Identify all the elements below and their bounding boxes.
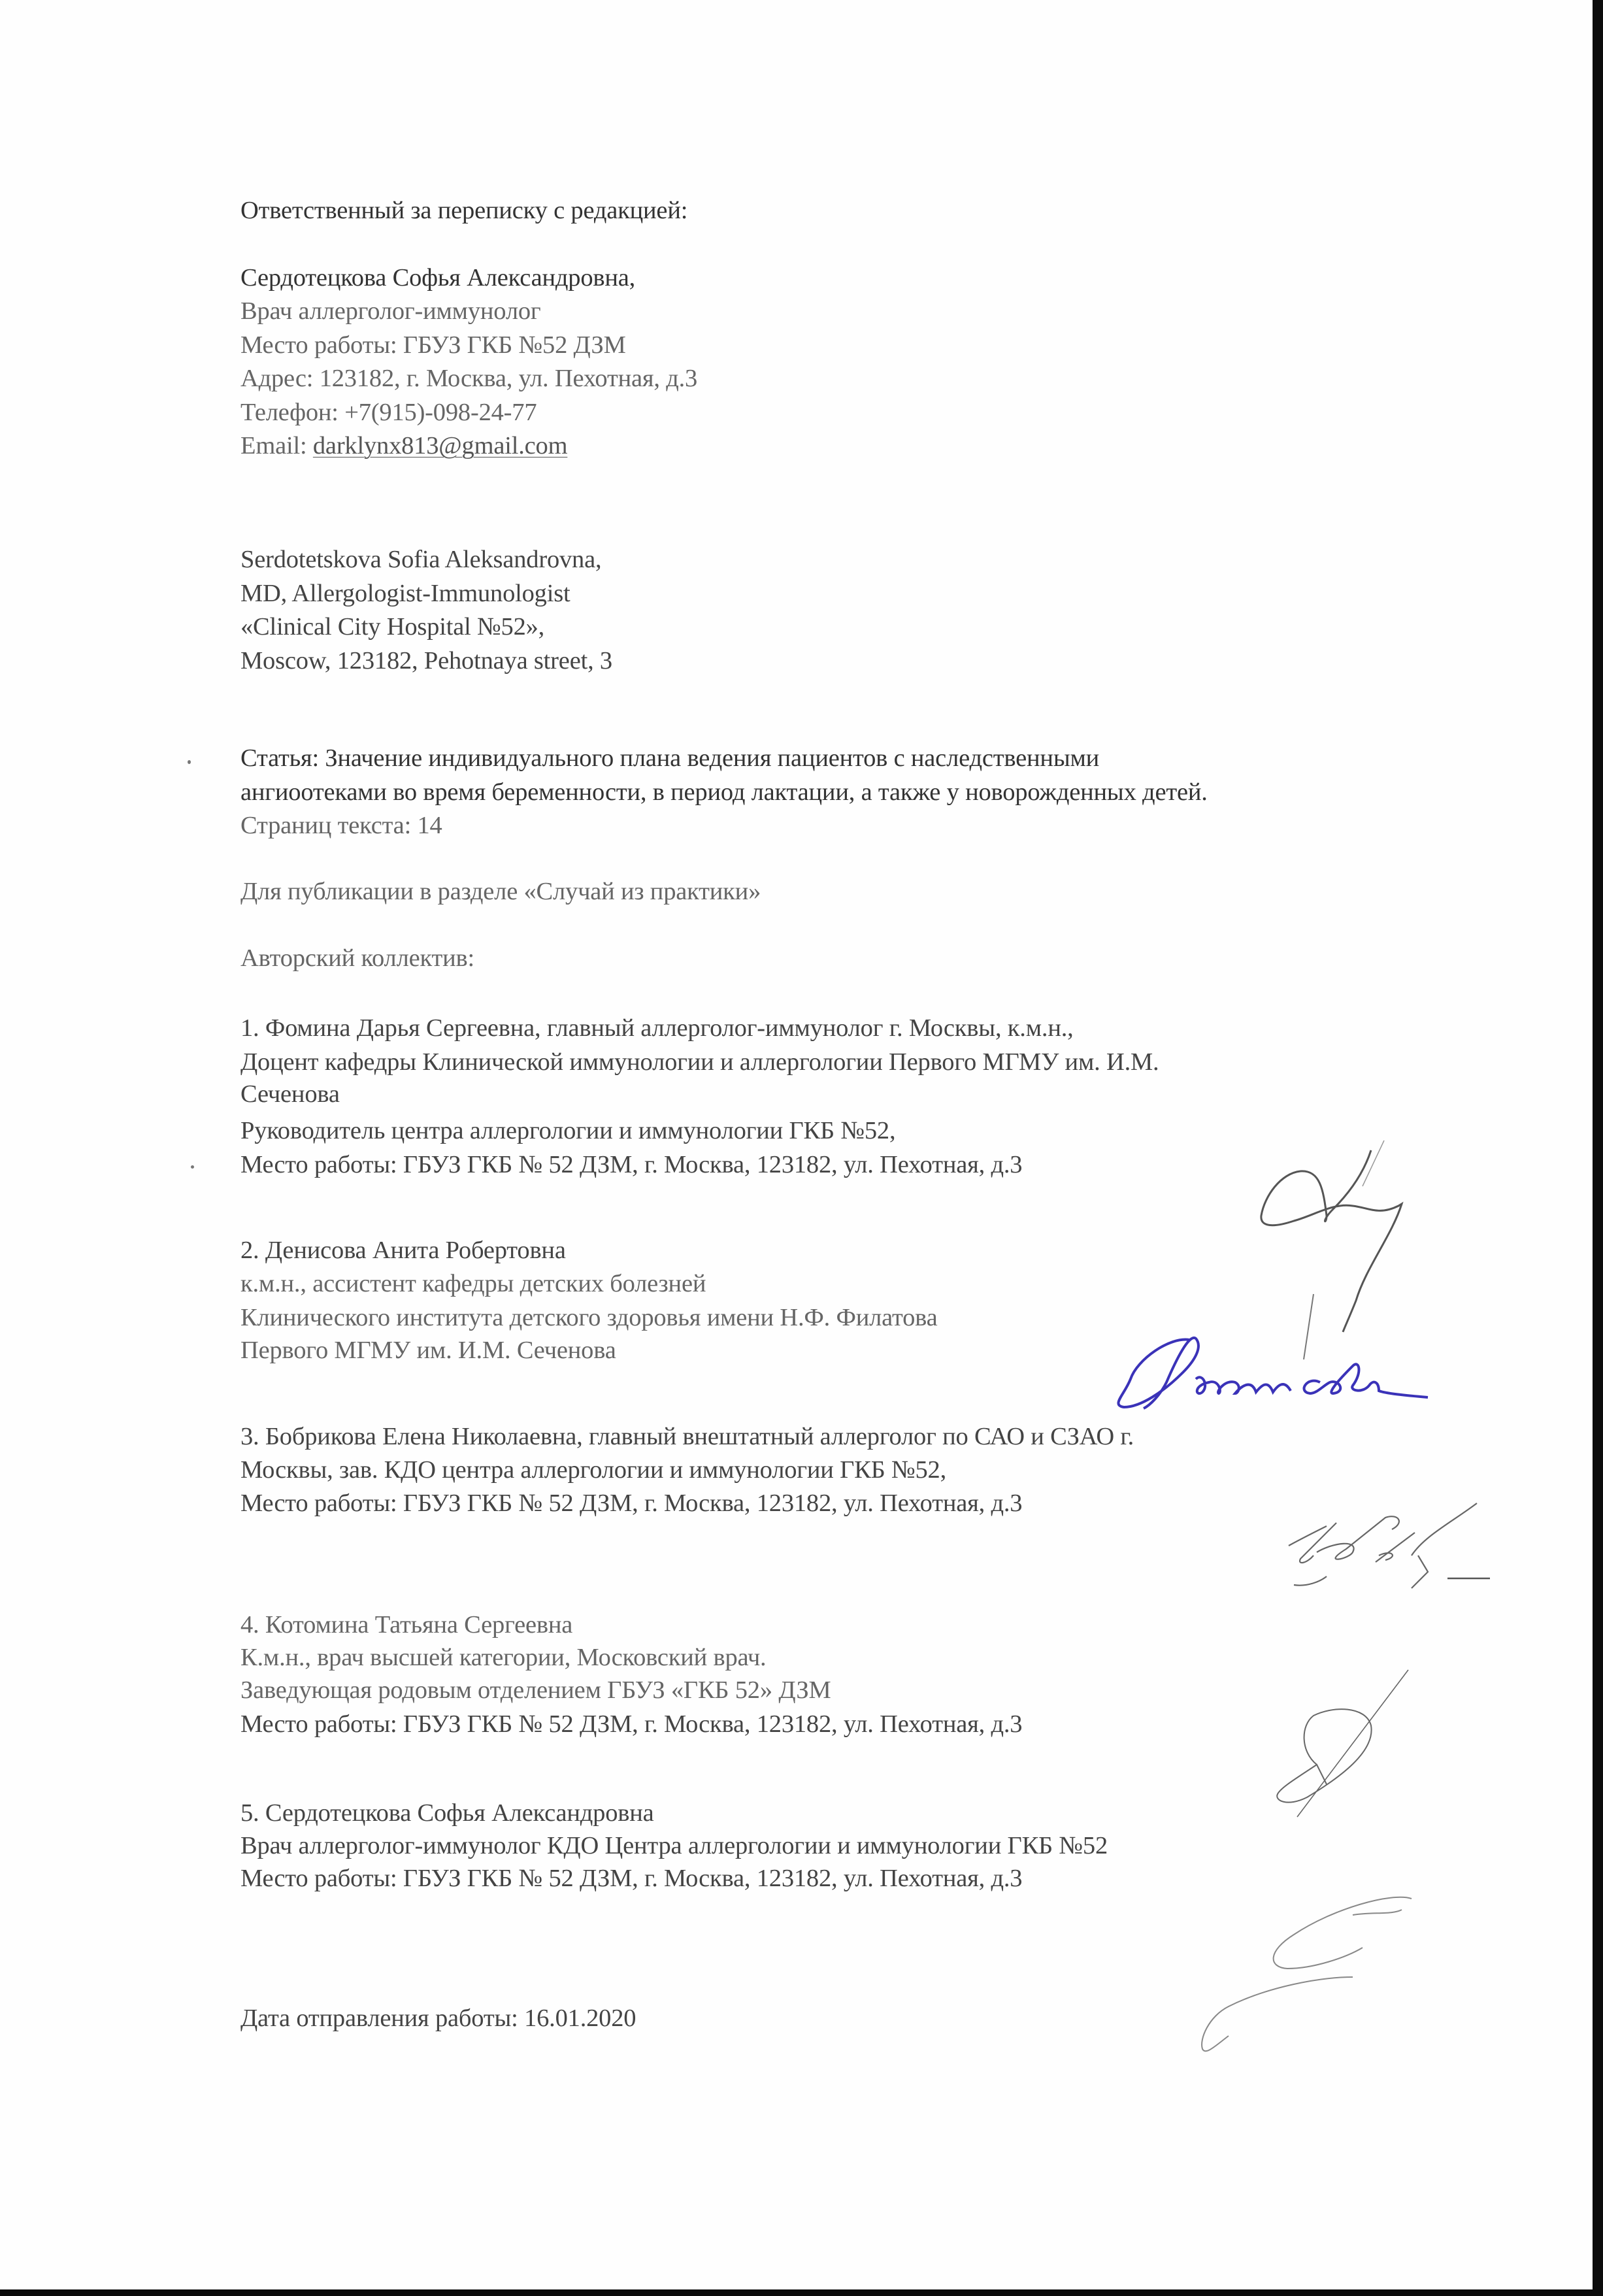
author-1-line-1: 1. Фомина Дарья Сергеевна, главный аллер… — [240, 1014, 1074, 1042]
author-4-line-3: Заведующая родовым отделением ГБУЗ «ГКБ … — [240, 1676, 831, 1705]
article-title-line-1: Статья: Значение индивидуального плана в… — [240, 744, 1099, 773]
author-3-line-3: Место работы: ГБУЗ ГКБ № 52 ДЗМ, г. Моск… — [240, 1489, 1022, 1518]
contact-workplace-ru: Место работы: ГБУЗ ГКБ №52 ДЗМ — [240, 331, 626, 359]
contact-position-ru: Врач аллерголог-иммунолог — [240, 297, 540, 325]
contact-address-ru: Адрес: 123182, г. Москва, ул. Пехотная, … — [240, 364, 697, 393]
author-3-line-1: 3. Бобрикова Елена Николаевна, главный в… — [240, 1422, 1134, 1451]
signature-fomina-icon — [1229, 1124, 1503, 1340]
author-1-line-4: Руководитель центра аллергологии и иммун… — [240, 1116, 895, 1145]
submission-date: Дата отправления работы: 16.01.2020 — [240, 2004, 636, 2033]
signature-bobrikova-icon — [1255, 1477, 1490, 1608]
author-2-line-1: 2. Денисова Анита Робертовна — [240, 1236, 566, 1265]
article-section: Для публикации в разделе «Случай из прак… — [240, 877, 761, 906]
scan-speck — [188, 760, 191, 764]
contact-address-en: Moscow, 123182, Pehotnaya street, 3 — [240, 646, 612, 675]
signature-denisova-icon — [1104, 1320, 1470, 1425]
author-1-line-2: Доцент кафедры Клинической иммунологии и… — [240, 1048, 1159, 1076]
scan-border-bottom — [0, 2289, 1603, 2296]
author-2-line-2: к.м.н., ассистент кафедры детских болезн… — [240, 1269, 706, 1298]
email-label: Email: — [240, 432, 313, 459]
contact-email-row: Email: darklynx813@gmail.com — [240, 431, 567, 460]
contact-position-en: MD, Allergologist-Immunologist — [240, 579, 570, 608]
author-4-line-4: Место работы: ГБУЗ ГКБ № 52 ДЗМ, г. Моск… — [240, 1710, 1022, 1739]
author-5-line-1: 5. Сердотецкова Софья Александровна — [240, 1799, 654, 1827]
author-1-line-5: Место работы: ГБУЗ ГКБ № 52 ДЗМ, г. Моск… — [240, 1150, 1022, 1179]
author-2-line-3: Клинического института детского здоровья… — [240, 1303, 938, 1332]
article-title-line-2: ангиоотеками во время беременности, в пе… — [240, 778, 1208, 807]
correspondence-heading: Ответственный за переписку с редакцией: — [240, 196, 687, 225]
author-5-line-3: Место работы: ГБУЗ ГКБ № 52 ДЗМ, г. Моск… — [240, 1864, 1022, 1893]
contact-hospital-en: «Clinical City Hospital №52», — [240, 612, 544, 641]
author-1-line-3: Сеченова — [240, 1080, 340, 1108]
email-link[interactable]: darklynx813@gmail.com — [313, 432, 567, 459]
signature-serdotetskova-icon — [1176, 1869, 1451, 2078]
author-4-line-2: К.м.н., врач высшей категории, Московски… — [240, 1643, 766, 1672]
author-3-line-2: Москвы, зав. КДО центра аллергологии и и… — [240, 1456, 946, 1484]
author-4-line-1: 4. Котомина Татьяна Сергеевна — [240, 1610, 572, 1639]
article-pages: Страниц текста: 14 — [240, 811, 442, 840]
author-5-line-2: Врач аллерголог-иммунолог КДО Центра алл… — [240, 1831, 1108, 1860]
contact-name-en: Serdotetskova Sofia Aleksandrovna, — [240, 545, 601, 574]
authors-heading: Авторский коллектив: — [240, 944, 474, 973]
contact-phone: Телефон: +7(915)-098-24-77 — [240, 398, 537, 427]
author-2-line-4: Первого МГМУ им. И.М. Сеченова — [240, 1336, 616, 1365]
signature-kotomina-icon — [1242, 1647, 1438, 1856]
contact-name-ru: Сердотецкова Софья Александровна, — [240, 263, 635, 292]
scan-speck — [191, 1165, 194, 1169]
scan-border-right — [1593, 0, 1603, 2296]
